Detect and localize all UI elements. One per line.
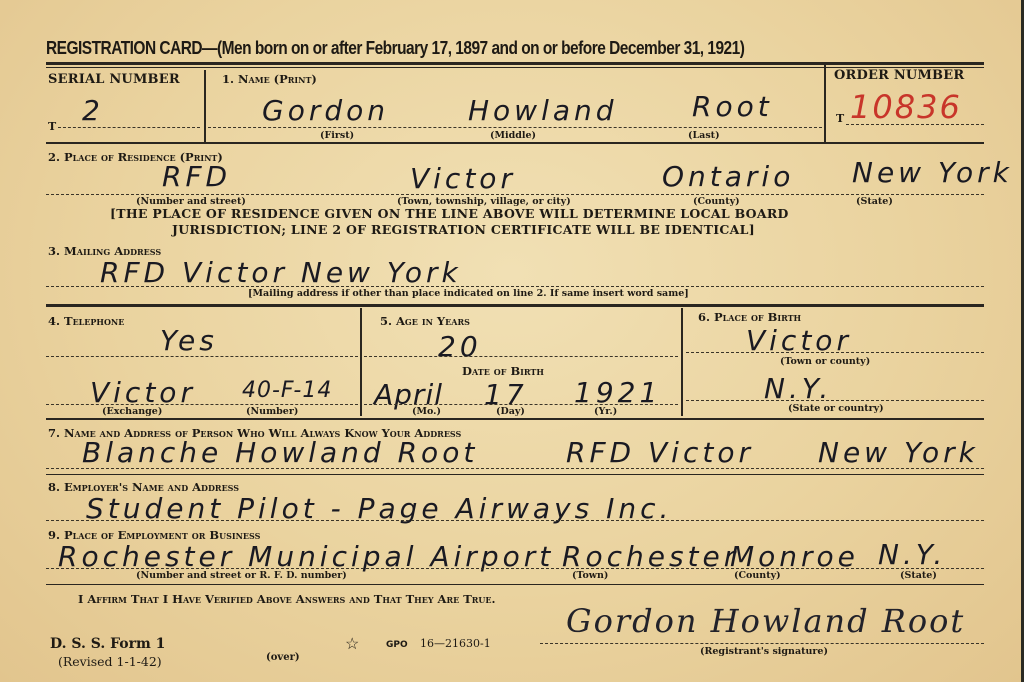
residence-town-value: Victor [410,162,516,195]
print-code: 16—21630-1 [420,637,491,650]
residence-notice-line1: [THE PLACE OF RESIDENCE GIVEN ON THE LIN… [110,206,789,221]
employment-state-value: N.Y. [878,538,946,571]
order-number-label: ORDER NUMBER [834,68,964,83]
mailing-caption: [Mailing address if other than place ind… [248,288,689,299]
last-name-value: Root [692,90,773,123]
row3-bottom-rule [46,304,984,307]
mailing-address-value: RFD Victor New York [100,256,462,289]
order-divider [824,64,826,142]
name-label: 1. Name (Print) [222,72,317,86]
contact-address-value: RFD Victor [566,436,754,469]
employment-line [46,568,984,569]
gpo-mark: GPO [386,640,408,650]
title-rule [46,62,984,65]
serial-line [58,127,200,128]
serial-prefix: T [48,120,56,133]
year-caption: (Yr.) [594,406,617,417]
registrant-signature: Gordon Howland Root [566,602,965,640]
first-name-value: Gordon [262,94,389,127]
card-title: REGISTRATION CARD—(Men born on or after … [46,38,744,59]
residence-state-caption: (State) [856,196,893,207]
middle-name-value: Howland [468,94,618,127]
dob-line [364,404,678,405]
order-line [846,124,984,125]
birthplace-state-caption: (State or country) [788,403,884,414]
first-caption: (First) [320,130,354,141]
employment-street-caption: (Number and street or R. F. D. number) [136,570,347,581]
birthplace-town-line [686,352,984,353]
day-caption: (Day) [496,406,525,417]
residence-line [46,194,984,195]
registration-card: REGISTRATION CARD—(Men born on or after … [0,0,1024,682]
telephone-label: 4. Telephone [48,314,124,328]
exchange-caption: (Exchange) [102,406,162,417]
birthplace-state-line [686,400,984,401]
employment-state-caption: (State) [900,570,937,581]
telephone-divider [360,308,362,416]
employer-line [46,520,984,521]
residence-county-value: Ontario [662,160,794,193]
order-number-value: 10836 [850,88,962,126]
age-line [364,356,678,357]
age-label: 5. Age in Years [380,314,470,328]
telephone-number-value: 40-F-14 [242,378,332,403]
row4-bottom-rule [46,418,984,420]
residence-street-value: RFD [162,160,231,193]
form-name: D. S. S. Form 1 [50,636,165,652]
residence-notice-line2: JURISDICTION; LINE 2 OF REGISTRATION CER… [172,222,755,237]
residence-state-value: New York [852,156,1013,189]
serial-divider [204,70,206,142]
signature-line [540,643,984,644]
birthplace-town-caption: (Town or county) [780,356,870,367]
star-icon: ☆ [345,634,359,653]
number-caption: (Number) [246,406,298,417]
signature-caption: (Registrant's signature) [700,646,828,657]
mailing-line [46,286,984,287]
age-divider [681,308,683,416]
serial-number-value: 2 [82,94,104,127]
contact-state-value: New York [818,436,979,469]
last-caption: (Last) [688,130,720,141]
telephone-exchange-line [46,404,358,405]
date-of-birth-label: Date of Birth [462,364,544,378]
over-note: (over) [266,652,300,663]
form-revised: (Revised 1-1-42) [58,654,162,669]
telephone-value: Yes [160,324,218,357]
row1-bottom-rule [46,142,984,144]
employment-county-caption: (County) [734,570,781,581]
age-value: 20 [438,330,482,363]
contact-name-value: Blanche Howland Root [82,436,478,469]
serial-number-label: SERIAL NUMBER [48,72,180,87]
name-line [208,127,822,128]
affirmation-text: I Affirm That I Have Verified Above Answ… [78,592,496,606]
row9-bottom-rule [46,584,984,585]
employment-town-caption: (Town) [572,570,608,581]
row7-bottom-rule [46,474,984,475]
order-prefix: T [836,112,844,125]
month-caption: (Mo.) [412,406,441,417]
telephone-line [46,356,358,357]
contact-line [46,468,984,469]
birthplace-label: 6. Place of Birth [698,310,801,324]
middle-caption: (Middle) [490,130,536,141]
